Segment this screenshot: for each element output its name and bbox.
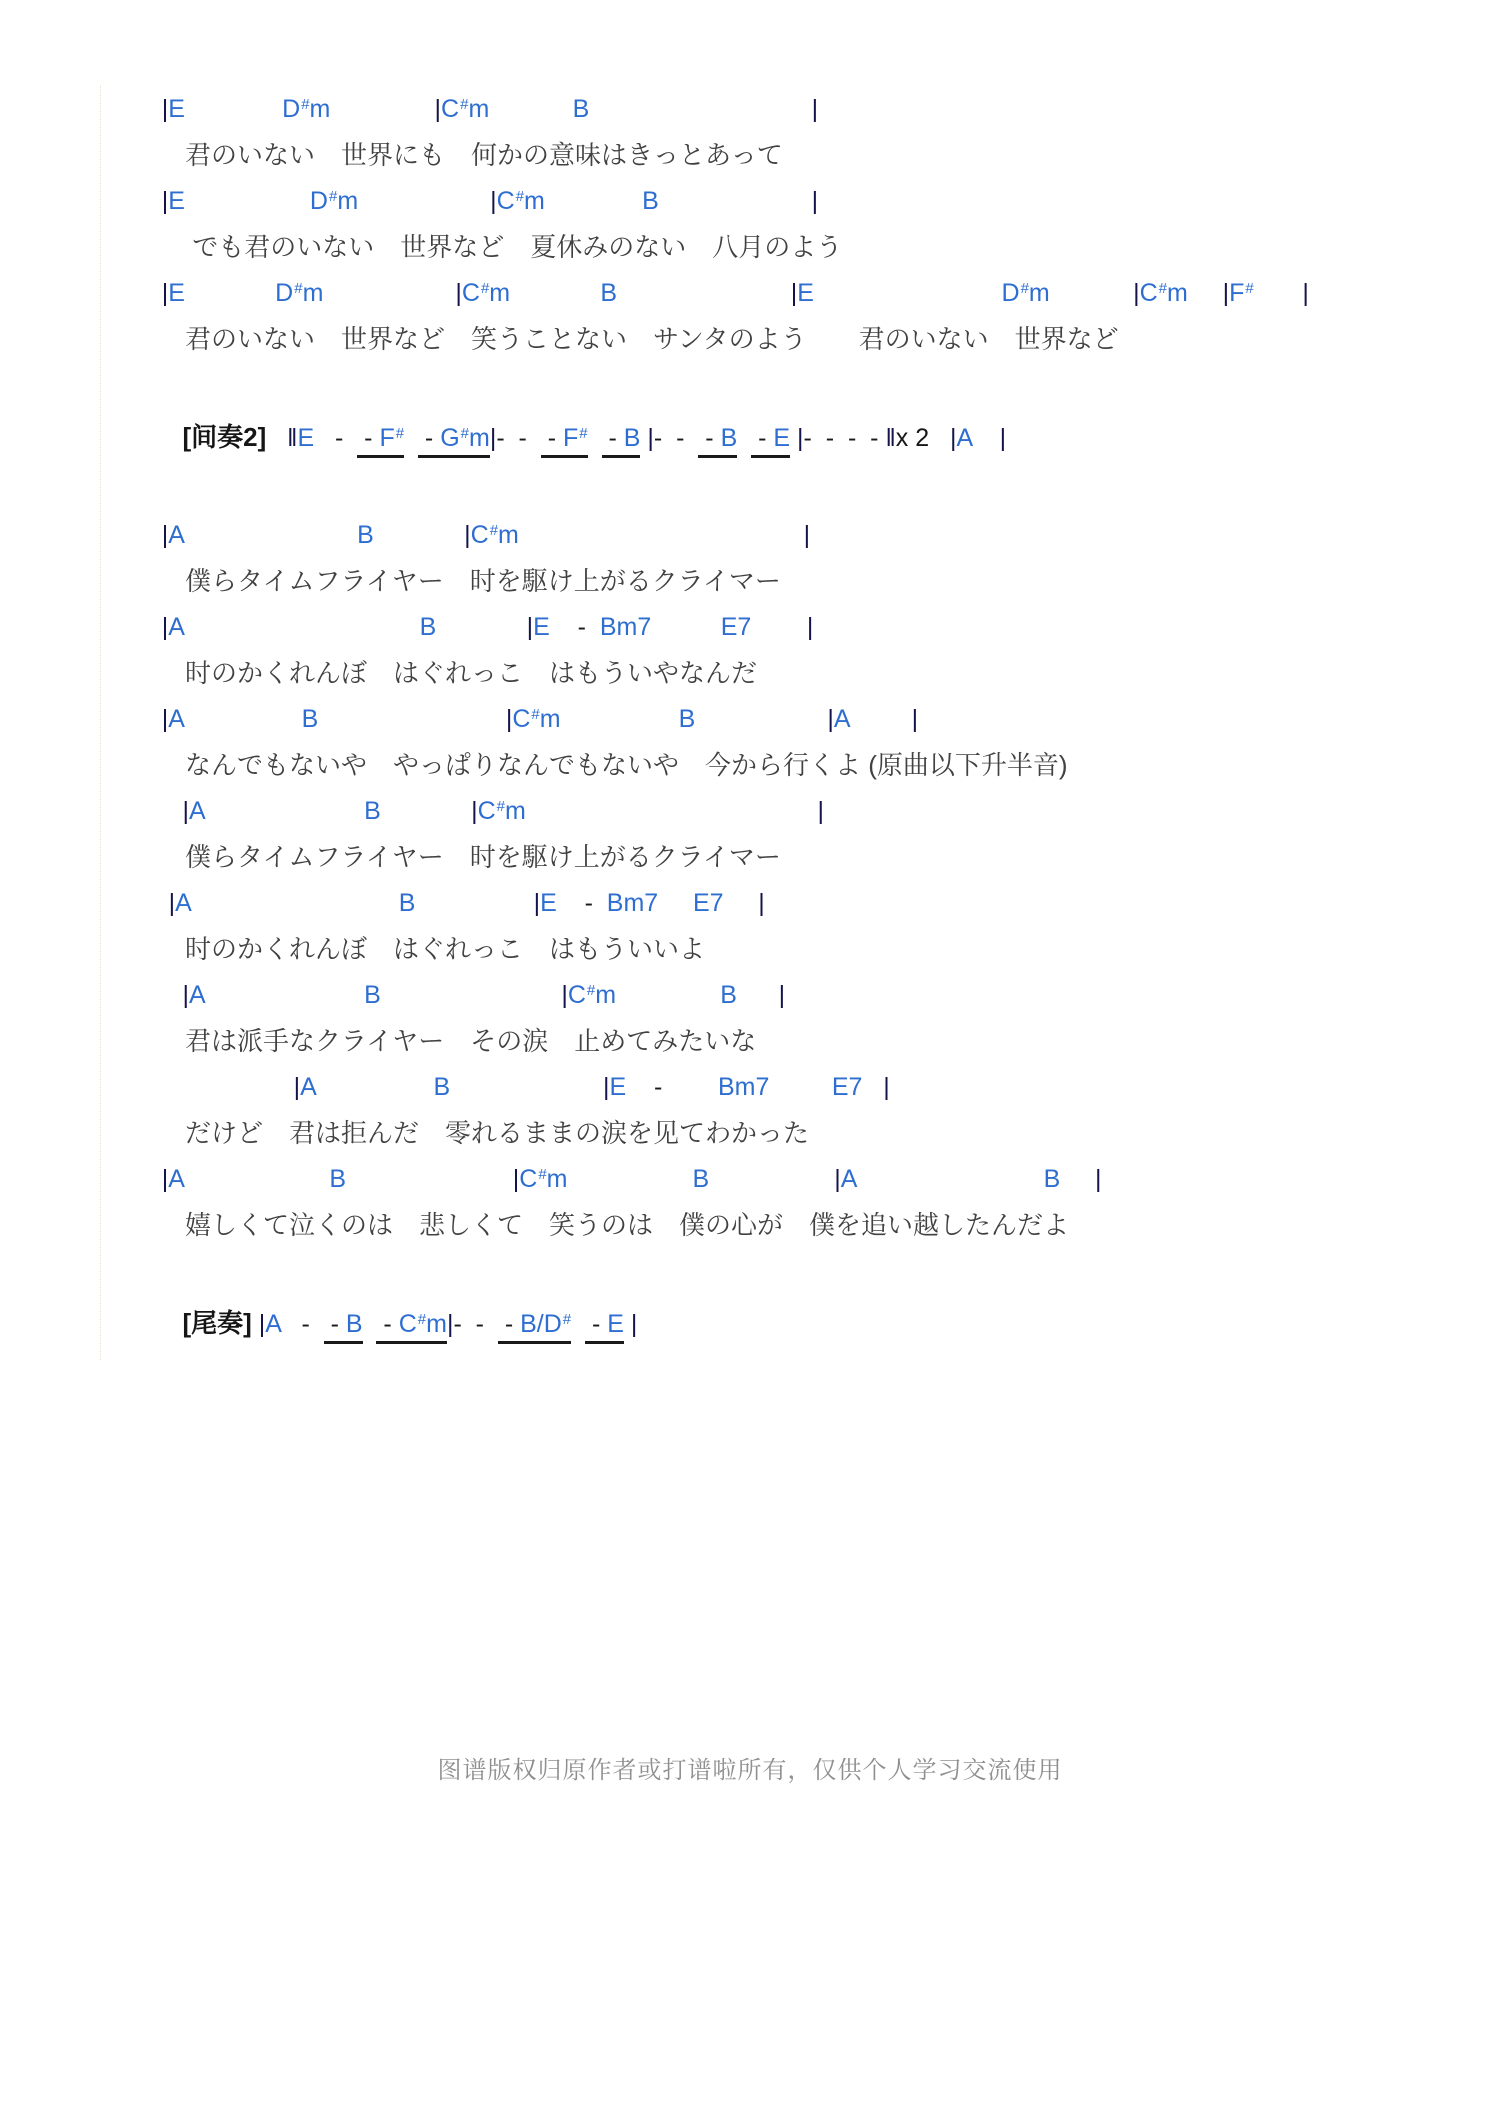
spacer	[204, 981, 364, 1009]
spacer	[450, 1073, 603, 1101]
chord: B	[399, 889, 416, 917]
spacer	[381, 981, 562, 1009]
chord: B	[357, 521, 374, 549]
dash: - -	[654, 424, 692, 452]
bar-line: |	[490, 187, 497, 215]
spacer	[183, 613, 419, 641]
bar-line: |	[804, 521, 811, 549]
bar-line: |	[818, 797, 825, 825]
spacer	[185, 95, 282, 123]
chords-line: |E D#m |C#m B |	[120, 180, 1500, 226]
chord: D#m	[282, 95, 330, 123]
chord: C#m	[568, 981, 616, 1009]
spacer	[737, 981, 779, 1009]
chord: A	[189, 797, 204, 825]
chord: Bm7	[607, 889, 658, 917]
spacer	[658, 889, 693, 917]
chord: B	[600, 279, 617, 307]
spacer	[363, 1310, 377, 1338]
chord: E	[610, 1073, 627, 1101]
spacer	[651, 613, 720, 641]
lyric-text: 时のかくれんぼ はぐれっこ はもういやなんだ	[120, 658, 757, 688]
lyric-text: 僕らタイムフライヤー 时を駆け上がるクライマー	[120, 842, 781, 872]
dash: -	[357, 424, 379, 458]
chord: E7	[693, 889, 724, 917]
spacer	[120, 889, 169, 917]
spacer	[183, 705, 301, 733]
spacer	[381, 797, 471, 825]
chord: C#m	[441, 95, 489, 123]
spacer	[519, 521, 804, 549]
spacer	[415, 889, 533, 917]
chord: Bm7	[718, 1073, 769, 1101]
spacer	[862, 1073, 883, 1101]
chord: A	[168, 705, 183, 733]
chord: C#m	[497, 187, 545, 215]
chord: E	[797, 279, 814, 307]
chord: C#m	[478, 797, 526, 825]
chords-line: |A B |E - Bm7 E7 |	[120, 882, 1500, 928]
dash: -	[541, 424, 563, 458]
spacer	[586, 613, 600, 641]
section-label: [间奏2]	[183, 422, 267, 452]
spacer	[1050, 279, 1133, 307]
chords-line: [间奏2] ‖E - - F# - G#m|- - - F# - B |- - …	[120, 416, 1500, 462]
dash: - - - -	[804, 424, 886, 452]
spacer	[281, 1310, 302, 1338]
bar-line: |	[812, 187, 819, 215]
dash: -	[698, 424, 720, 458]
chords-line: |E D#m |C#m B |	[120, 88, 1500, 134]
spacer	[626, 1073, 654, 1101]
chord: A	[175, 889, 190, 917]
lyrics-line: だけど 君は拒んだ 零れるままの涙を见てわかった	[120, 1112, 1500, 1158]
bar-line: |	[883, 1073, 890, 1101]
spacer	[616, 981, 720, 1009]
spacer	[330, 95, 434, 123]
lyrics-line: 嬉しくて泣くのは 悲しくて 笑うのは 僕の心が 僕を追い越したんだよ	[120, 1204, 1500, 1250]
spacer	[1188, 279, 1223, 307]
spacer	[571, 1310, 585, 1338]
lyric-text: 君のいない 世界にも 何かの意味はきっとあって	[120, 140, 783, 170]
chords-line: |E D#m |C#m B |E D#m |C#m |F# |	[120, 272, 1500, 318]
spacer	[769, 1073, 832, 1101]
spacer	[120, 521, 162, 549]
spacer	[183, 521, 357, 549]
spacer	[120, 613, 162, 641]
chords-line: |A B |C#m |	[120, 790, 1500, 836]
chord: E	[607, 1310, 624, 1344]
copyright-notice: 图谱版权归原作者或打谱啦所有，仅供个人学习交流使用	[0, 1750, 1500, 1785]
chord: C#m	[462, 279, 510, 307]
bar-line: |	[812, 95, 819, 123]
spacer	[343, 424, 357, 452]
chord: B	[420, 613, 437, 641]
lyrics-line: 僕らタイムフライヤー 时を駆け上がるクライマー	[120, 836, 1500, 882]
lyrics-line: 君のいない 世界など 笑うことない サンタのよう 君のいない 世界など	[120, 318, 1500, 364]
bar-line: |	[807, 613, 814, 641]
spacer	[659, 187, 812, 215]
bar-line: |	[1133, 279, 1140, 307]
spacer	[120, 187, 162, 215]
bar-line: |	[912, 705, 919, 733]
chord: B	[679, 705, 696, 733]
dash: -	[418, 424, 440, 458]
chords-line: |A B |E - Bm7 E7 |	[120, 606, 1500, 652]
chord: A	[168, 521, 183, 549]
spacer	[567, 1165, 692, 1193]
spacer	[120, 95, 162, 123]
chord: E	[168, 95, 185, 123]
dash: -	[602, 424, 624, 458]
lyric-text: 僕らタイムフライヤー 时を駆け上がるクライマー	[120, 566, 781, 596]
spacer	[790, 424, 797, 452]
spacer	[534, 424, 541, 452]
spacer	[588, 424, 602, 452]
spacer	[589, 95, 811, 123]
chord: F#	[1229, 279, 1254, 307]
chords-line: |A B |E - Bm7 E7 |	[120, 1066, 1500, 1112]
chords-line: |A B |C#m B |	[120, 974, 1500, 1020]
chords-line: |A B |C#m B |A |	[120, 698, 1500, 744]
chord: A	[168, 613, 183, 641]
bar-line: |	[1000, 424, 1007, 452]
spacer	[617, 279, 791, 307]
chord: E	[773, 424, 790, 458]
spacer	[358, 187, 490, 215]
chord: B	[364, 797, 381, 825]
chord: E7	[832, 1073, 863, 1101]
spacer	[185, 187, 310, 215]
lyric-text: 时のかくれんぼ はぐれっこ はもういいよ	[120, 934, 705, 964]
lyric-text: 嬉しくて泣くのは 悲しくて 笑うのは 僕の心が 僕を追い越したんだよ	[120, 1210, 1069, 1240]
chord: C#m	[519, 1165, 567, 1193]
lyric-text: だけど 君は拒んだ 零れるままの涙を见てわかった	[120, 1118, 809, 1148]
chord: B/D#	[520, 1310, 571, 1344]
bar-line: |	[1095, 1165, 1102, 1193]
dash: -	[585, 889, 593, 917]
bar-line: |	[455, 279, 462, 307]
lyric-text: でも君のいない 世界など 夏休みのない 八月のよう	[120, 232, 842, 262]
chords-line: |A B |C#m |	[120, 514, 1500, 560]
spacer	[315, 1073, 433, 1101]
chord: E	[168, 187, 185, 215]
spacer	[526, 797, 818, 825]
spacer	[204, 797, 364, 825]
bar-line: |	[631, 1310, 638, 1338]
dash: -	[324, 1310, 346, 1344]
chords-line: |A B |C#m B |A B |	[120, 1158, 1500, 1204]
dash: -	[751, 424, 773, 458]
spacer	[856, 1165, 1044, 1193]
spacer	[404, 424, 418, 452]
chord: B	[329, 1165, 346, 1193]
chord: C#m	[471, 521, 519, 549]
spacer	[709, 1165, 834, 1193]
section-label: [尾奏]	[183, 1308, 252, 1338]
lyrics-line: 君は派手なクライヤー その涙 止めてみたいな	[120, 1020, 1500, 1066]
lyrics-line: 时のかくれんぼ はぐれっこ はもういいよ	[120, 928, 1500, 974]
chord: B	[624, 424, 641, 458]
dash: -	[301, 1310, 309, 1338]
spacer	[120, 1073, 294, 1101]
chord: B	[434, 1073, 451, 1101]
chord: C#m	[512, 705, 560, 733]
bar-line: ‖	[287, 424, 297, 452]
lyric-text: なんでもないや やっぱりなんでもないや 今から行くよ (原曲以下升半音)	[120, 750, 1068, 780]
dash: -	[498, 1310, 520, 1344]
chord: E	[540, 889, 557, 917]
spacer	[346, 1165, 513, 1193]
spacer	[314, 424, 335, 452]
dash: -	[376, 1310, 398, 1344]
spacer	[510, 279, 600, 307]
spacer	[491, 1310, 498, 1338]
spacer	[120, 705, 162, 733]
bar-line: |	[561, 981, 568, 1009]
spacer	[929, 424, 950, 452]
chord: D#m	[275, 279, 323, 307]
chord-sheet: |E D#m |C#m B | 君のいない 世界にも 何かの意味はきっとあって …	[0, 0, 1500, 1348]
chord: B	[302, 705, 319, 733]
spacer	[814, 279, 1002, 307]
chord: C#m	[399, 1310, 447, 1344]
dash: -	[578, 613, 586, 641]
spacer	[593, 889, 607, 917]
spacer	[557, 889, 585, 917]
chord: A	[189, 981, 204, 1009]
spacer	[120, 981, 183, 1009]
spacer	[550, 613, 578, 641]
chord: E	[297, 424, 314, 452]
dash: - -	[453, 1310, 491, 1338]
dash: - -	[496, 424, 534, 452]
chord: B	[642, 187, 659, 215]
spacer	[724, 889, 759, 917]
chord: A	[300, 1073, 315, 1101]
lyrics-line: でも君のいない 世界など 夏休みのない 八月のよう	[120, 226, 1500, 272]
spacer	[1254, 279, 1303, 307]
spacer	[120, 279, 162, 307]
spacer	[252, 1310, 259, 1338]
spacer	[190, 889, 398, 917]
bar-line: |	[464, 521, 471, 549]
lyrics-line: 僕らタイムフライヤー 时を駆け上がるクライマー	[120, 560, 1500, 606]
chord: B	[720, 981, 737, 1009]
spacer	[374, 521, 464, 549]
spacer	[545, 187, 642, 215]
lyrics-line: 君のいない 世界にも 何かの意味はきっとあって	[120, 134, 1500, 180]
chord: B	[364, 981, 381, 1009]
lyric-text: 君は派手なクライヤー その涙 止めてみたいな	[120, 1026, 756, 1056]
spacer	[737, 424, 751, 452]
chords-line: [尾奏] |A - - B - C#m|- - - B/D# - E |	[120, 1302, 1500, 1348]
chord: A	[265, 1310, 280, 1338]
spacer	[1060, 1165, 1095, 1193]
spacer	[120, 1165, 162, 1193]
repeat-mark: x 2	[896, 424, 929, 452]
chord: C#m	[1140, 279, 1188, 307]
spacer	[849, 705, 912, 733]
chord: D#m	[1002, 279, 1050, 307]
chord: A	[168, 1165, 183, 1193]
spacer	[318, 705, 506, 733]
spacer	[489, 95, 572, 123]
chord: E	[533, 613, 550, 641]
spacer	[310, 1310, 324, 1338]
chord: D#m	[310, 187, 358, 215]
spacer	[972, 424, 1000, 452]
bar-line: |	[758, 889, 765, 917]
spacer	[266, 424, 287, 452]
bar-line: |	[779, 981, 786, 1009]
chord: A	[834, 705, 849, 733]
bar-line: |	[1302, 279, 1309, 307]
spacer	[120, 797, 183, 825]
chord: B	[693, 1165, 710, 1193]
bar-line: ‖	[885, 424, 895, 452]
spacer	[120, 424, 183, 452]
lyrics-line: 时のかくれんぼ はぐれっこ はもういやなんだ	[120, 652, 1500, 698]
spacer	[695, 705, 827, 733]
lyrics-line: なんでもないや やっぱりなんでもないや 今から行くよ (原曲以下升半音)	[120, 744, 1500, 790]
spacer	[185, 279, 275, 307]
chord: A	[956, 424, 971, 452]
spacer	[561, 705, 679, 733]
chord: G#m	[440, 424, 490, 458]
spacer	[751, 613, 807, 641]
chord: F#	[563, 424, 588, 458]
lyric-text: 君のいない 世界など 笑うことない サンタのよう 君のいない 世界など	[120, 324, 1119, 354]
chord: B	[721, 424, 738, 458]
spacer	[662, 1073, 718, 1101]
chord: E7	[721, 613, 752, 641]
spacer	[183, 1165, 329, 1193]
chord: B	[346, 1310, 363, 1344]
spacer	[436, 613, 526, 641]
spacer	[120, 1310, 183, 1338]
chord: E	[168, 279, 185, 307]
chord: Bm7	[600, 613, 651, 641]
chord: B	[573, 95, 590, 123]
dash: -	[585, 1310, 607, 1344]
chord: B	[1044, 1165, 1061, 1193]
chord: A	[841, 1165, 856, 1193]
chord: F#	[379, 424, 404, 458]
bar-line: |	[471, 797, 478, 825]
spacer	[624, 1310, 631, 1338]
spacer	[323, 279, 455, 307]
